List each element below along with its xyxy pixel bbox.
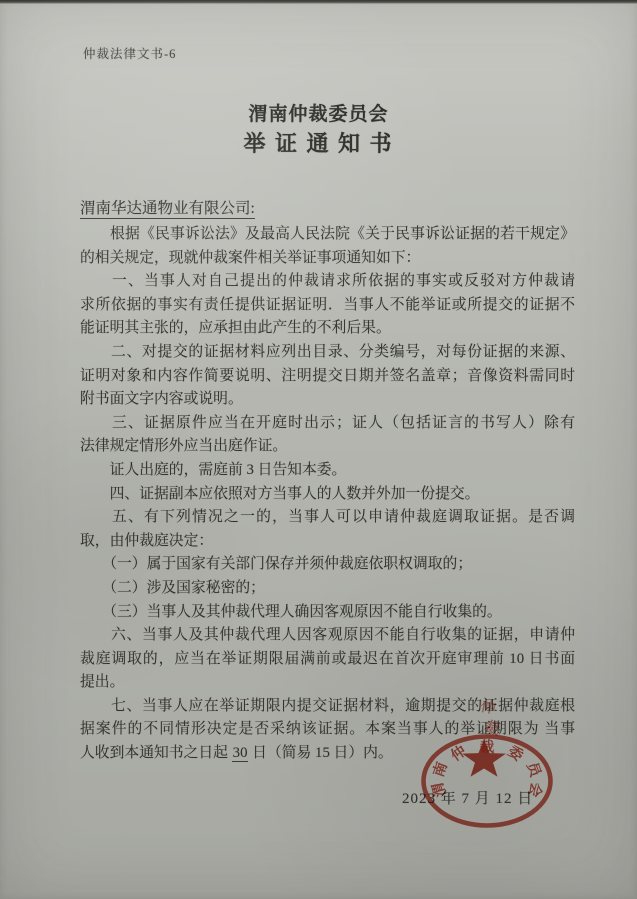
body-line: 证人出庭的，需庭前 3 日告知本委。 bbox=[80, 459, 575, 483]
body-line: 能证明其主张的，应承担由此产生的不利后果。 bbox=[80, 317, 575, 341]
body-lines: 根据《民事诉讼法》及最高人民法院《关于民事诉讼证据的若干规定》的相关规定，现就仲… bbox=[80, 223, 575, 742]
deadline-days-underlined: 30 bbox=[232, 745, 249, 762]
document-page: 仲裁法律文书-6 渭南仲裁委员会 举 证 通 知 书 渭南华达通物业有限公司: … bbox=[0, 0, 637, 899]
body-line: 提出。 bbox=[80, 671, 575, 695]
deadline-pre: 人收到本通知书之日起 bbox=[80, 745, 232, 761]
body-line: （二）涉及国家秘密的； bbox=[80, 577, 575, 601]
body-line: 六、当事人及其仲裁代理人因客观原因不能自行收集的证据，申请仲 bbox=[80, 624, 575, 648]
body-line: 附书面文字内容或说明。 bbox=[80, 388, 575, 412]
body-line: 证明对象和内容作简要说明、注明提交日期并签名盖章；音像资料需同时 bbox=[80, 365, 575, 389]
deadline-post: 日（简易 15 日）内。 bbox=[248, 745, 392, 761]
body-line: （三）当事人及其仲裁代理人确因客观原因不能自行收集的。 bbox=[80, 601, 575, 625]
page-title-doctype: 举 证 通 知 书 bbox=[0, 127, 637, 158]
body-line: 七、当事人应在举证期限内提交证据材料，逾期提交的证据仲裁庭根 bbox=[80, 695, 575, 719]
doc-series-label: 仲裁法律文书-6 bbox=[83, 44, 176, 62]
page-title-org: 渭南仲裁委员会 bbox=[0, 99, 637, 126]
addressee-name: 渭南华达通物业有限公司: bbox=[80, 200, 255, 219]
issue-date: 2023 年 7 月 12 日 bbox=[402, 787, 533, 808]
body-line: 根据《民事诉讼法》及最高人民法院《关于民事诉讼证据的若干规定》 bbox=[80, 223, 575, 247]
body-line-deadline: 人收到本通知书之日起 30 日（简易 15 日）内。 bbox=[80, 742, 575, 766]
body-line: 裁庭调取的，应当在举证期限届满前或最迟在首次开庭审理前 10 日书面 bbox=[80, 648, 575, 672]
body-line: 法律规定情形外应当出庭作证。 bbox=[80, 435, 575, 459]
body-line: 求所依据的事实有责任提供证据证明．当事人不能举证或所提交的证据不 bbox=[80, 294, 575, 318]
photo-top-edge bbox=[0, 0, 637, 4]
body-line: 二、对提交的证据材料应列出目录、分类编号，对每份证据的来源、 bbox=[80, 341, 575, 365]
body-line: 三、证据原件应当在开庭时出示；证人（包括证言的书写人）除有 bbox=[80, 412, 575, 436]
body-line: 的相关规定，现就仲裁案件相关举证事项通知如下： bbox=[80, 247, 575, 271]
body-line: 五、有下列情况之一的，当事人可以申请仲裁庭调取证据。是否调 bbox=[80, 506, 575, 530]
body-line: 四、证据副本应依照对方当事人的人数并外加一份提交。 bbox=[80, 483, 575, 507]
body-line: 据案件的不同情形决定是否采纳该证据。本案当事人的举证期限为 当事 bbox=[80, 718, 575, 742]
body-line: 一、当事人对自己提出的仲裁请求所依据的事实或反驳对方仲裁请 bbox=[80, 270, 575, 294]
body-line: 取，由仲裁庭决定： bbox=[80, 530, 575, 554]
body-text: 根据《民事诉讼法》及最高人民法院《关于民事诉讼证据的若干规定》的相关规定，现就仲… bbox=[80, 223, 575, 766]
body-line: （一）属于国家有关部门保存并须仲裁庭依职权调取的； bbox=[80, 553, 575, 577]
addressee-line: 渭南华达通物业有限公司: bbox=[80, 196, 255, 218]
